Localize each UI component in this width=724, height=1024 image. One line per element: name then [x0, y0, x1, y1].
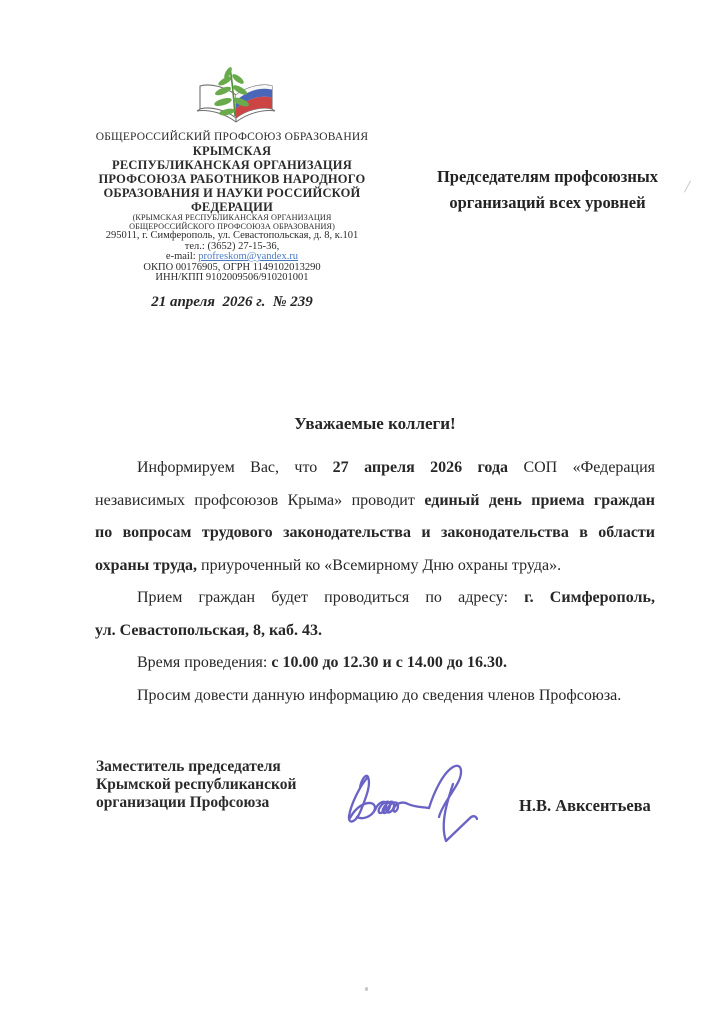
org-inn-kpp: ИНН/КПП 9102009506/910201001 [47, 273, 417, 284]
org-name-line: РЕСПУБЛИКАНСКАЯ ОРГАНИЗАЦИЯ [47, 158, 417, 172]
body-line: Информируем Вас, что 27 апреля 2026 года… [95, 452, 655, 485]
body-line: Время проведения: с 10.00 до 12.30 и с 1… [95, 647, 655, 680]
email-link[interactable]: profreskom@yandex.ru [198, 251, 298, 262]
signer-position-line: Крымской республиканской [96, 776, 336, 794]
education-union-logo-icon [192, 64, 280, 130]
org-name-line: ФЕДЕРАЦИИ [47, 200, 417, 214]
signer-position-line: организации Профсоюза [96, 794, 336, 812]
addressee-block: Председателям профсоюзных организаций вс… [415, 164, 680, 216]
scan-artifact [684, 181, 691, 193]
addressee-line: организаций всех уровней [415, 190, 680, 216]
org-name-line: КРЫМСКАЯ [47, 144, 417, 158]
letterhead: ОБЩЕРОССИЙСКИЙ ПРОФСОЮЗ ОБРАЗОВАНИЯ КРЫМ… [47, 131, 417, 284]
body-line: Просим довести данную информацию до свед… [95, 680, 655, 713]
letter-body: Информируем Вас, что 27 апреля 2026 года… [95, 452, 655, 712]
signer-name: Н.В. Авксентьева [519, 796, 651, 816]
body-line: по вопросам трудового законодательства и… [95, 517, 655, 550]
org-address: 295011, г. Симферополь, ул. Севастопольс… [47, 231, 417, 242]
org-name-line: ПРОФСОЮЗА РАБОТНИКОВ НАРОДНОГО [47, 172, 417, 186]
letter-page: ОБЩЕРОССИЙСКИЙ ПРОФСОЮЗ ОБРАЗОВАНИЯ КРЫМ… [0, 0, 724, 1024]
salutation: Уважаемые коллеги! [95, 414, 655, 434]
body-line: независимых профсоюзов Крыма» проводит е… [95, 485, 655, 518]
body-line: ул. Севастопольская, 8, каб. 43. [95, 615, 655, 648]
email-label: e-mail: [166, 251, 198, 262]
addressee-line: Председателям профсоюзных [415, 164, 680, 190]
scan-artifact [365, 987, 368, 991]
org-top-line: ОБЩЕРОССИЙСКИЙ ПРОФСОЮЗ ОБРАЗОВАНИЯ [47, 131, 417, 144]
body-line: Прием граждан будет проводиться по адрес… [95, 582, 655, 615]
date-and-number: 21 апреля 2026 г. № 239 [47, 294, 417, 311]
signer-position: Заместитель председателя Крымской респуб… [96, 758, 336, 812]
body-line: охраны труда, приуроченный ко «Всемирном… [95, 550, 655, 583]
signer-position-line: Заместитель председателя [96, 758, 336, 776]
org-name-line: ОБРАЗОВАНИЯ И НАУКИ РОССИЙСКОЙ [47, 186, 417, 200]
handwritten-signature [330, 746, 490, 851]
org-email-line: e-mail: profreskom@yandex.ru [47, 252, 417, 263]
